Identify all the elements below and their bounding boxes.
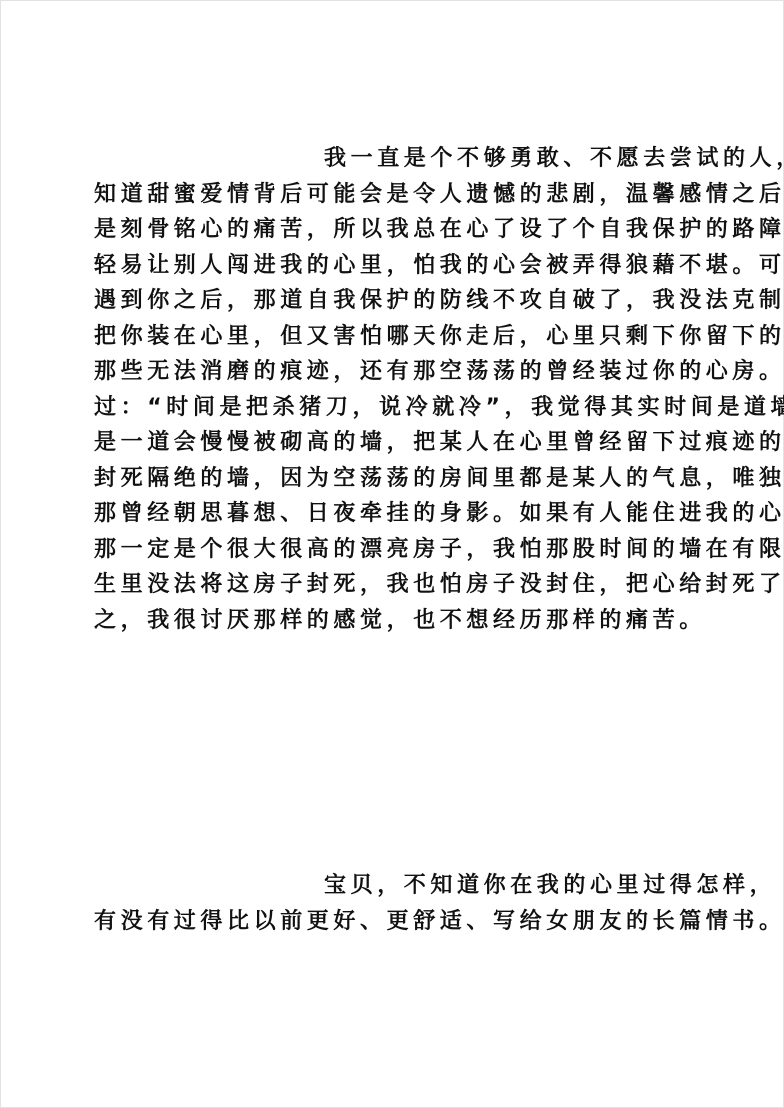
text-line: 封死隔绝的墙，因为空荡荡的房间里都是某人的气息，唯独没有: [94, 461, 694, 497]
text-line: 那一定是个很大很高的漂亮房子，我怕那股时间的墙在有限的余: [94, 532, 694, 568]
text-line: 那曾经朝思暮想、日夜牵挂的身影。如果有人能住进我的心里，: [94, 496, 694, 532]
text-line: 生里没法将这房子封死，我也怕房子没封住，把心给封死了，总: [94, 567, 694, 603]
paragraph-2: 宝贝，不知道你在我的心里过得怎样， 有没有过得比以前更好、更舒适、写给女朋友的长…: [94, 868, 694, 939]
text-line: 是刻骨铭心的痛苦，所以我总在心了设了个自我保护的路障，不: [94, 212, 694, 248]
text-line: 有没有过得比以前更好、更舒适、写给女朋友的长篇情书。: [94, 904, 694, 940]
document-page: 我一直是个不够勇敢、不愿去尝试的人， 知道甜蜜爱情背后可能会是令人遗憾的悲剧，温…: [0, 0, 784, 1108]
text-line: 我一直是个不够勇敢、不愿去尝试的人，: [94, 141, 694, 177]
text-line: 遇到你之后，那道自我保护的防线不攻自破了，我没法克制自己: [94, 283, 694, 319]
text-line: 把你装在心里，但又害怕哪天你走后，心里只剩下你留下的痕迹，: [94, 319, 694, 355]
text-line: 是一道会慢慢被砌高的墙，把某人在心里曾经留下过痕迹的房间: [94, 425, 694, 461]
text-line: 知道甜蜜爱情背后可能会是令人遗憾的悲剧，温馨感情之后可能: [94, 177, 694, 213]
text-line: 宝贝，不知道你在我的心里过得怎样，: [94, 868, 694, 904]
text-line: 那些无法消磨的痕迹，还有那空荡荡的曾经装过你的心房。你说: [94, 354, 694, 390]
text-line: 轻易让别人闯进我的心里，怕我的心会被弄得狼藉不堪。可是在: [94, 248, 694, 284]
text-line: 过：“时间是把杀猪刀，说冷就冷”，我觉得其实时间是道墙，: [94, 390, 694, 426]
text-line: 之，我很讨厌那样的感觉，也不想经历那样的痛苦。: [94, 603, 694, 639]
paragraph-1: 我一直是个不够勇敢、不愿去尝试的人， 知道甜蜜爱情背后可能会是令人遗憾的悲剧，温…: [94, 141, 694, 638]
